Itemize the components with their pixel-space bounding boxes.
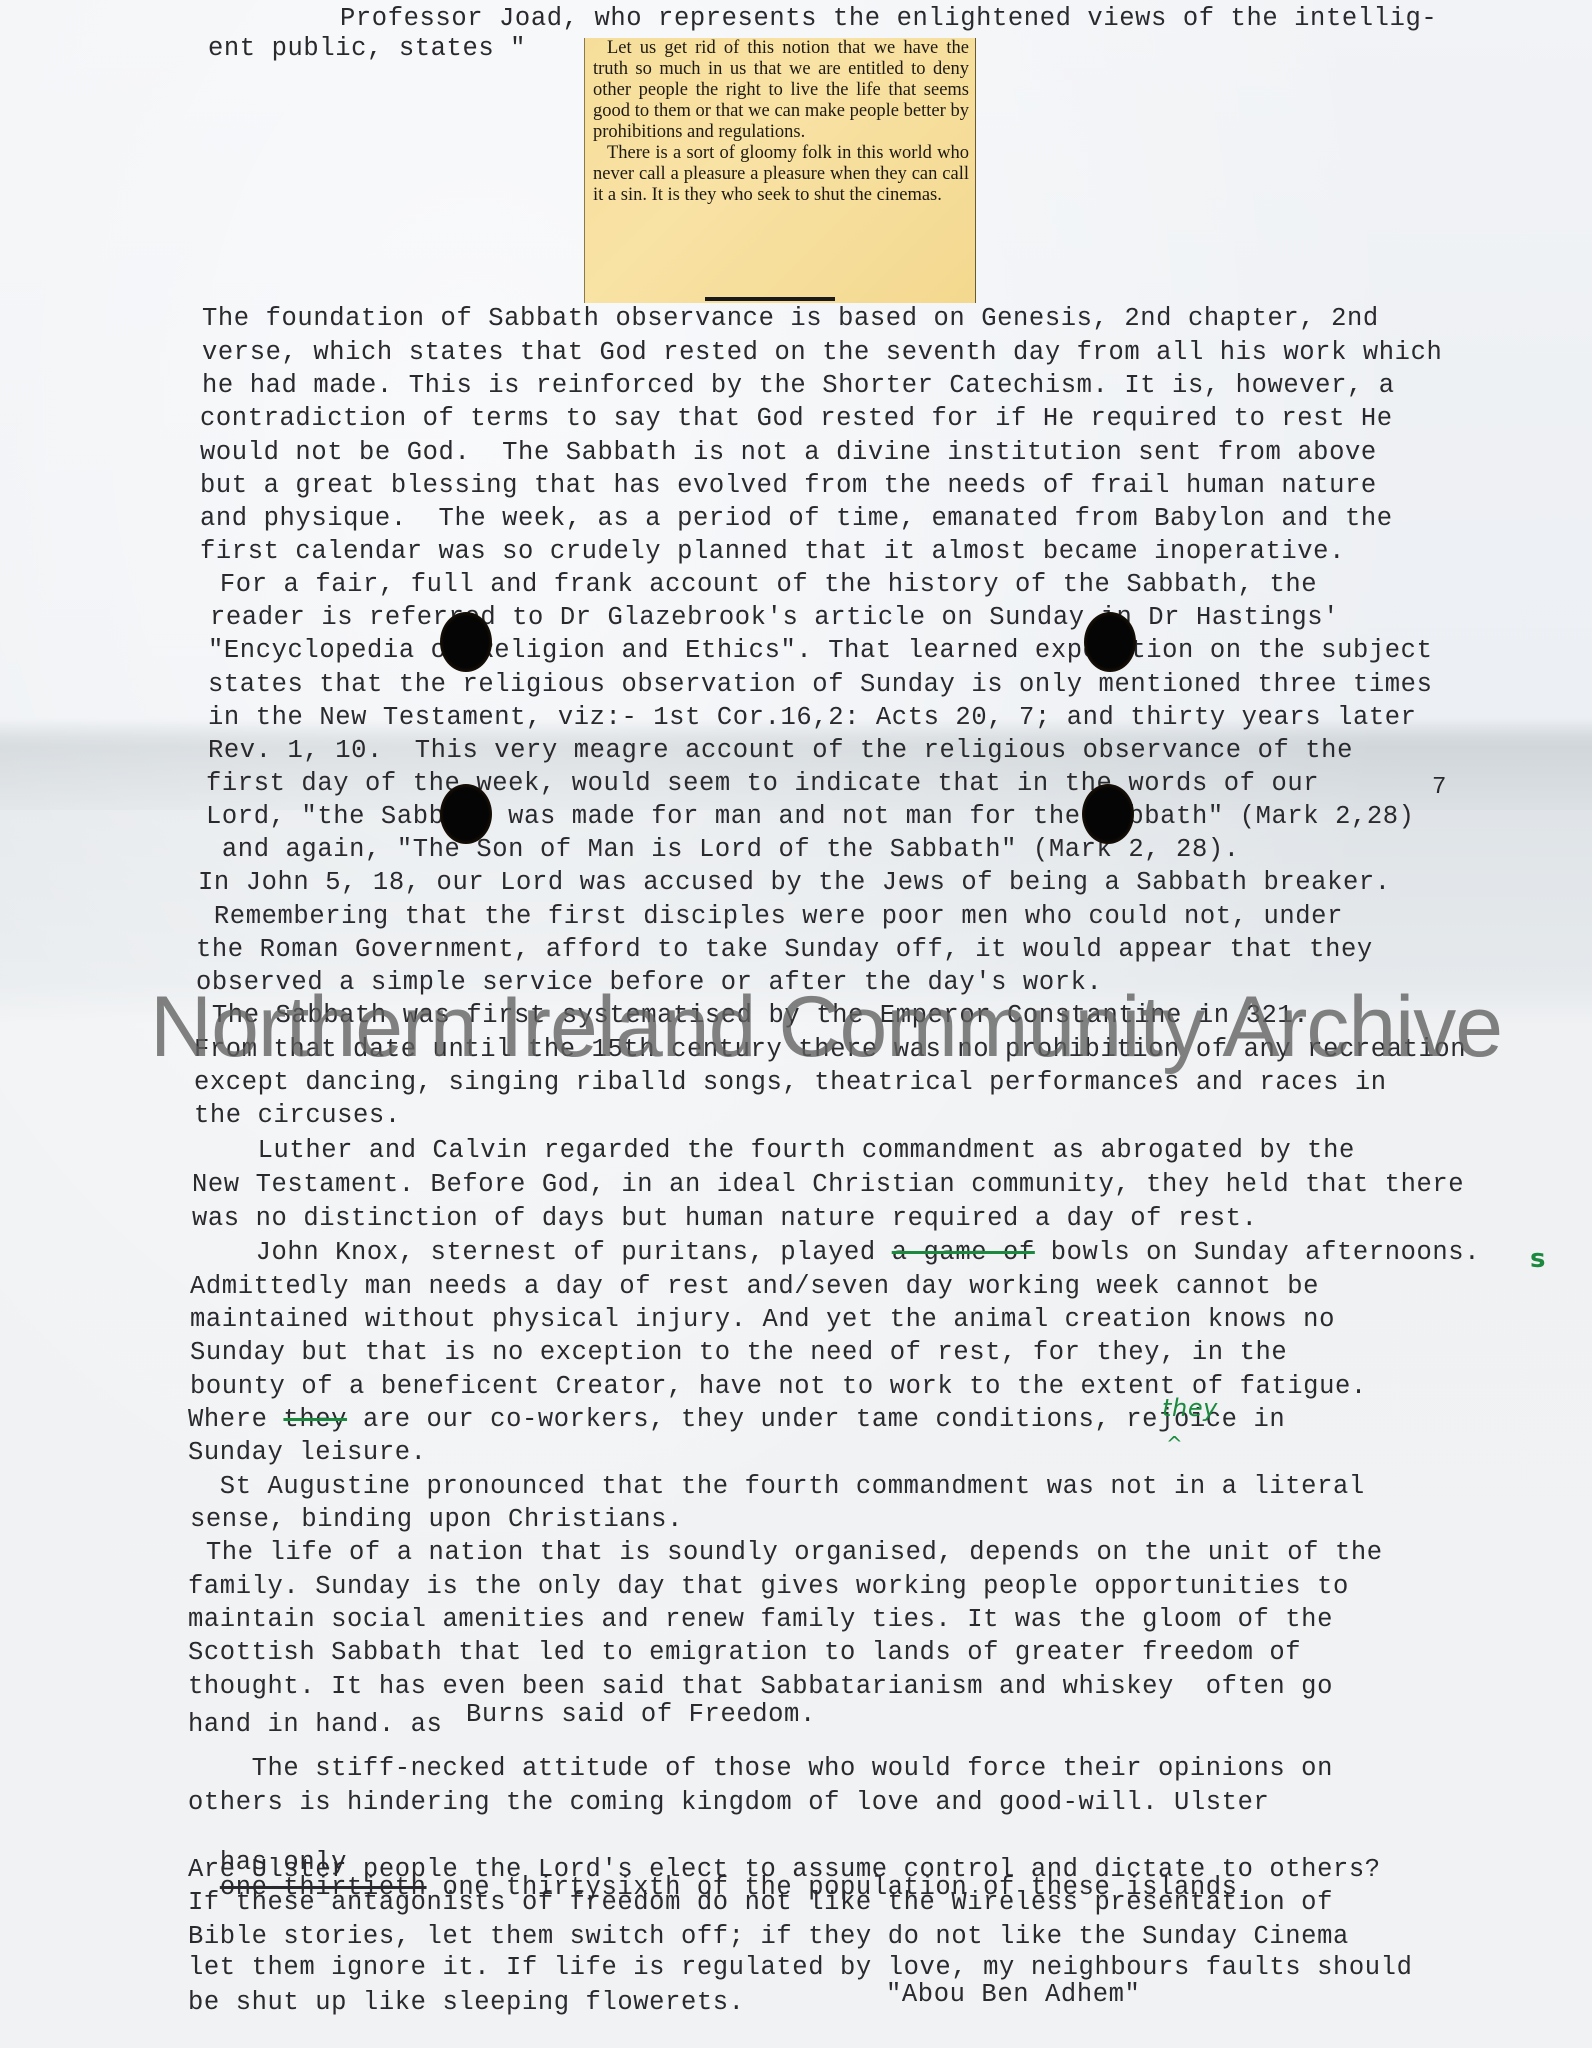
typed-line: Bible stories, let them switch off; if t… [188, 1924, 1349, 1950]
punch-hole [440, 612, 492, 672]
typed-line: maintain social amenities and renew fami… [188, 1607, 1333, 1633]
typed-line: The life of a nation that is soundly org… [190, 1540, 1383, 1566]
line-has-only: has only one-thirtieth one thirtysixth o… [188, 1824, 1253, 1901]
struck-word: they [283, 1405, 347, 1434]
typed-line: the Roman Government, afford to take Sun… [196, 937, 1373, 963]
typed-line: "Encyclopedia of Religion and Ethics". T… [208, 638, 1433, 664]
typed-line: thought. It has even been said that Sabb… [188, 1674, 1333, 1700]
typed-line: would not be God. The Sabbath is not a d… [200, 440, 1377, 466]
typed-line: but a great blessing that has evolved fr… [200, 473, 1377, 499]
intro-line-2: ent public, states " [208, 36, 526, 62]
typed-line: verse, which states that God rested on t… [202, 340, 1442, 366]
typed-line: the circuses. [194, 1103, 401, 1129]
typed-line: For a fair, full and frank account of th… [204, 572, 1317, 598]
punch-hole [1084, 612, 1136, 672]
typed-line: Remembering that the first disciples wer… [198, 904, 1343, 930]
typed-line: In John 5, 18, our Lord was accused by t… [198, 870, 1391, 896]
intro-line-1: Professor Joad, who represents the enlig… [340, 6, 1437, 32]
typed-line: and again, "The Son of Man is Lord of th… [206, 837, 1240, 863]
typed-line: first calendar was so crudely planned th… [200, 539, 1345, 565]
clipping-paragraph-2: There is a sort of gloomy folk in this w… [593, 143, 969, 206]
margin-number: 7 [1432, 776, 1447, 800]
newspaper-clipping: Let us get rid of this notion that we ha… [584, 38, 976, 303]
clipping-rule [705, 297, 835, 301]
typed-line: The foundation of Sabbath observance is … [202, 306, 1379, 332]
struck-phrase: a game of [892, 1238, 1035, 1267]
typed-line: Sunday leisure. [188, 1440, 427, 1466]
typed-line: The stiff-necked attitude of those who w… [188, 1756, 1333, 1782]
typed-line: hand in hand. as [188, 1712, 442, 1738]
typed-line: contradiction of terms to say that God r… [200, 406, 1393, 432]
burns-insert: Burns said of Freedom. [466, 1702, 816, 1728]
typed-line: Where they are our co-workers, they unde… [188, 1407, 1285, 1433]
typed-line: John Knox, sternest of puritans, played … [192, 1240, 1480, 1266]
typed-line: states that the religious observation of… [208, 672, 1433, 698]
handwritten-they: they [1162, 1396, 1218, 1420]
typed-line: be shut up like sleeping flowerets. [188, 1990, 745, 2016]
typed-line: others is hindering the coming kingdom o… [188, 1790, 1269, 1816]
typed-line: New Testament. Before God, in an ideal C… [192, 1172, 1464, 1198]
typed-line: reader is referred to Dr Glazebrook's ar… [210, 605, 1339, 631]
typed-line: Rev. 1, 10. This very meagre account of … [208, 738, 1353, 764]
handwritten-caret: ^ [1166, 1434, 1183, 1454]
typed-line: maintained without physical injury. And … [190, 1307, 1335, 1333]
typed-line: St Augustine pronounced that the fourth … [188, 1474, 1365, 1500]
typed-line: Scottish Sabbath that led to emigration … [188, 1640, 1301, 1666]
typed-line: let them ignore it. If life is regulated… [188, 1955, 1413, 1981]
handwritten-s: s [1530, 1246, 1546, 1272]
typed-line: in the New Testament, viz:- 1st Cor.16,2… [208, 705, 1417, 731]
signature: "Abou Ben Adhem" [886, 1982, 1140, 2008]
typed-line: first day of the week, would seem to ind… [206, 771, 1319, 797]
typed-line: and physique. The week, as a period of t… [200, 506, 1393, 532]
typed-line: family. Sunday is the only day that give… [188, 1574, 1349, 1600]
punch-hole [1082, 784, 1134, 844]
typed-line: sense, binding upon Christians. [190, 1507, 683, 1533]
typed-line: was no distinction of days but human nat… [192, 1206, 1257, 1232]
has-only-rest: one thirtysixth of the population of the… [427, 1873, 1254, 1902]
punch-hole [440, 784, 492, 844]
typed-line: Admittedly man needs a day of rest and/s… [190, 1274, 1319, 1300]
typed-line: Sunday but that is no exception to the n… [190, 1340, 1287, 1366]
overtyped-fraction: one-thirtieth [220, 1873, 427, 1902]
clipping-paragraph-1: Let us get rid of this notion that we ha… [593, 38, 969, 143]
typed-line: he had made. This is reinforced by the S… [202, 373, 1395, 399]
typed-line: Luther and Calvin regarded the fourth co… [194, 1138, 1355, 1164]
typed-line: Lord, "the Sabbath was made for man and … [206, 804, 1415, 830]
archive-watermark: Northern Ireland Community Archive [150, 978, 1502, 1077]
